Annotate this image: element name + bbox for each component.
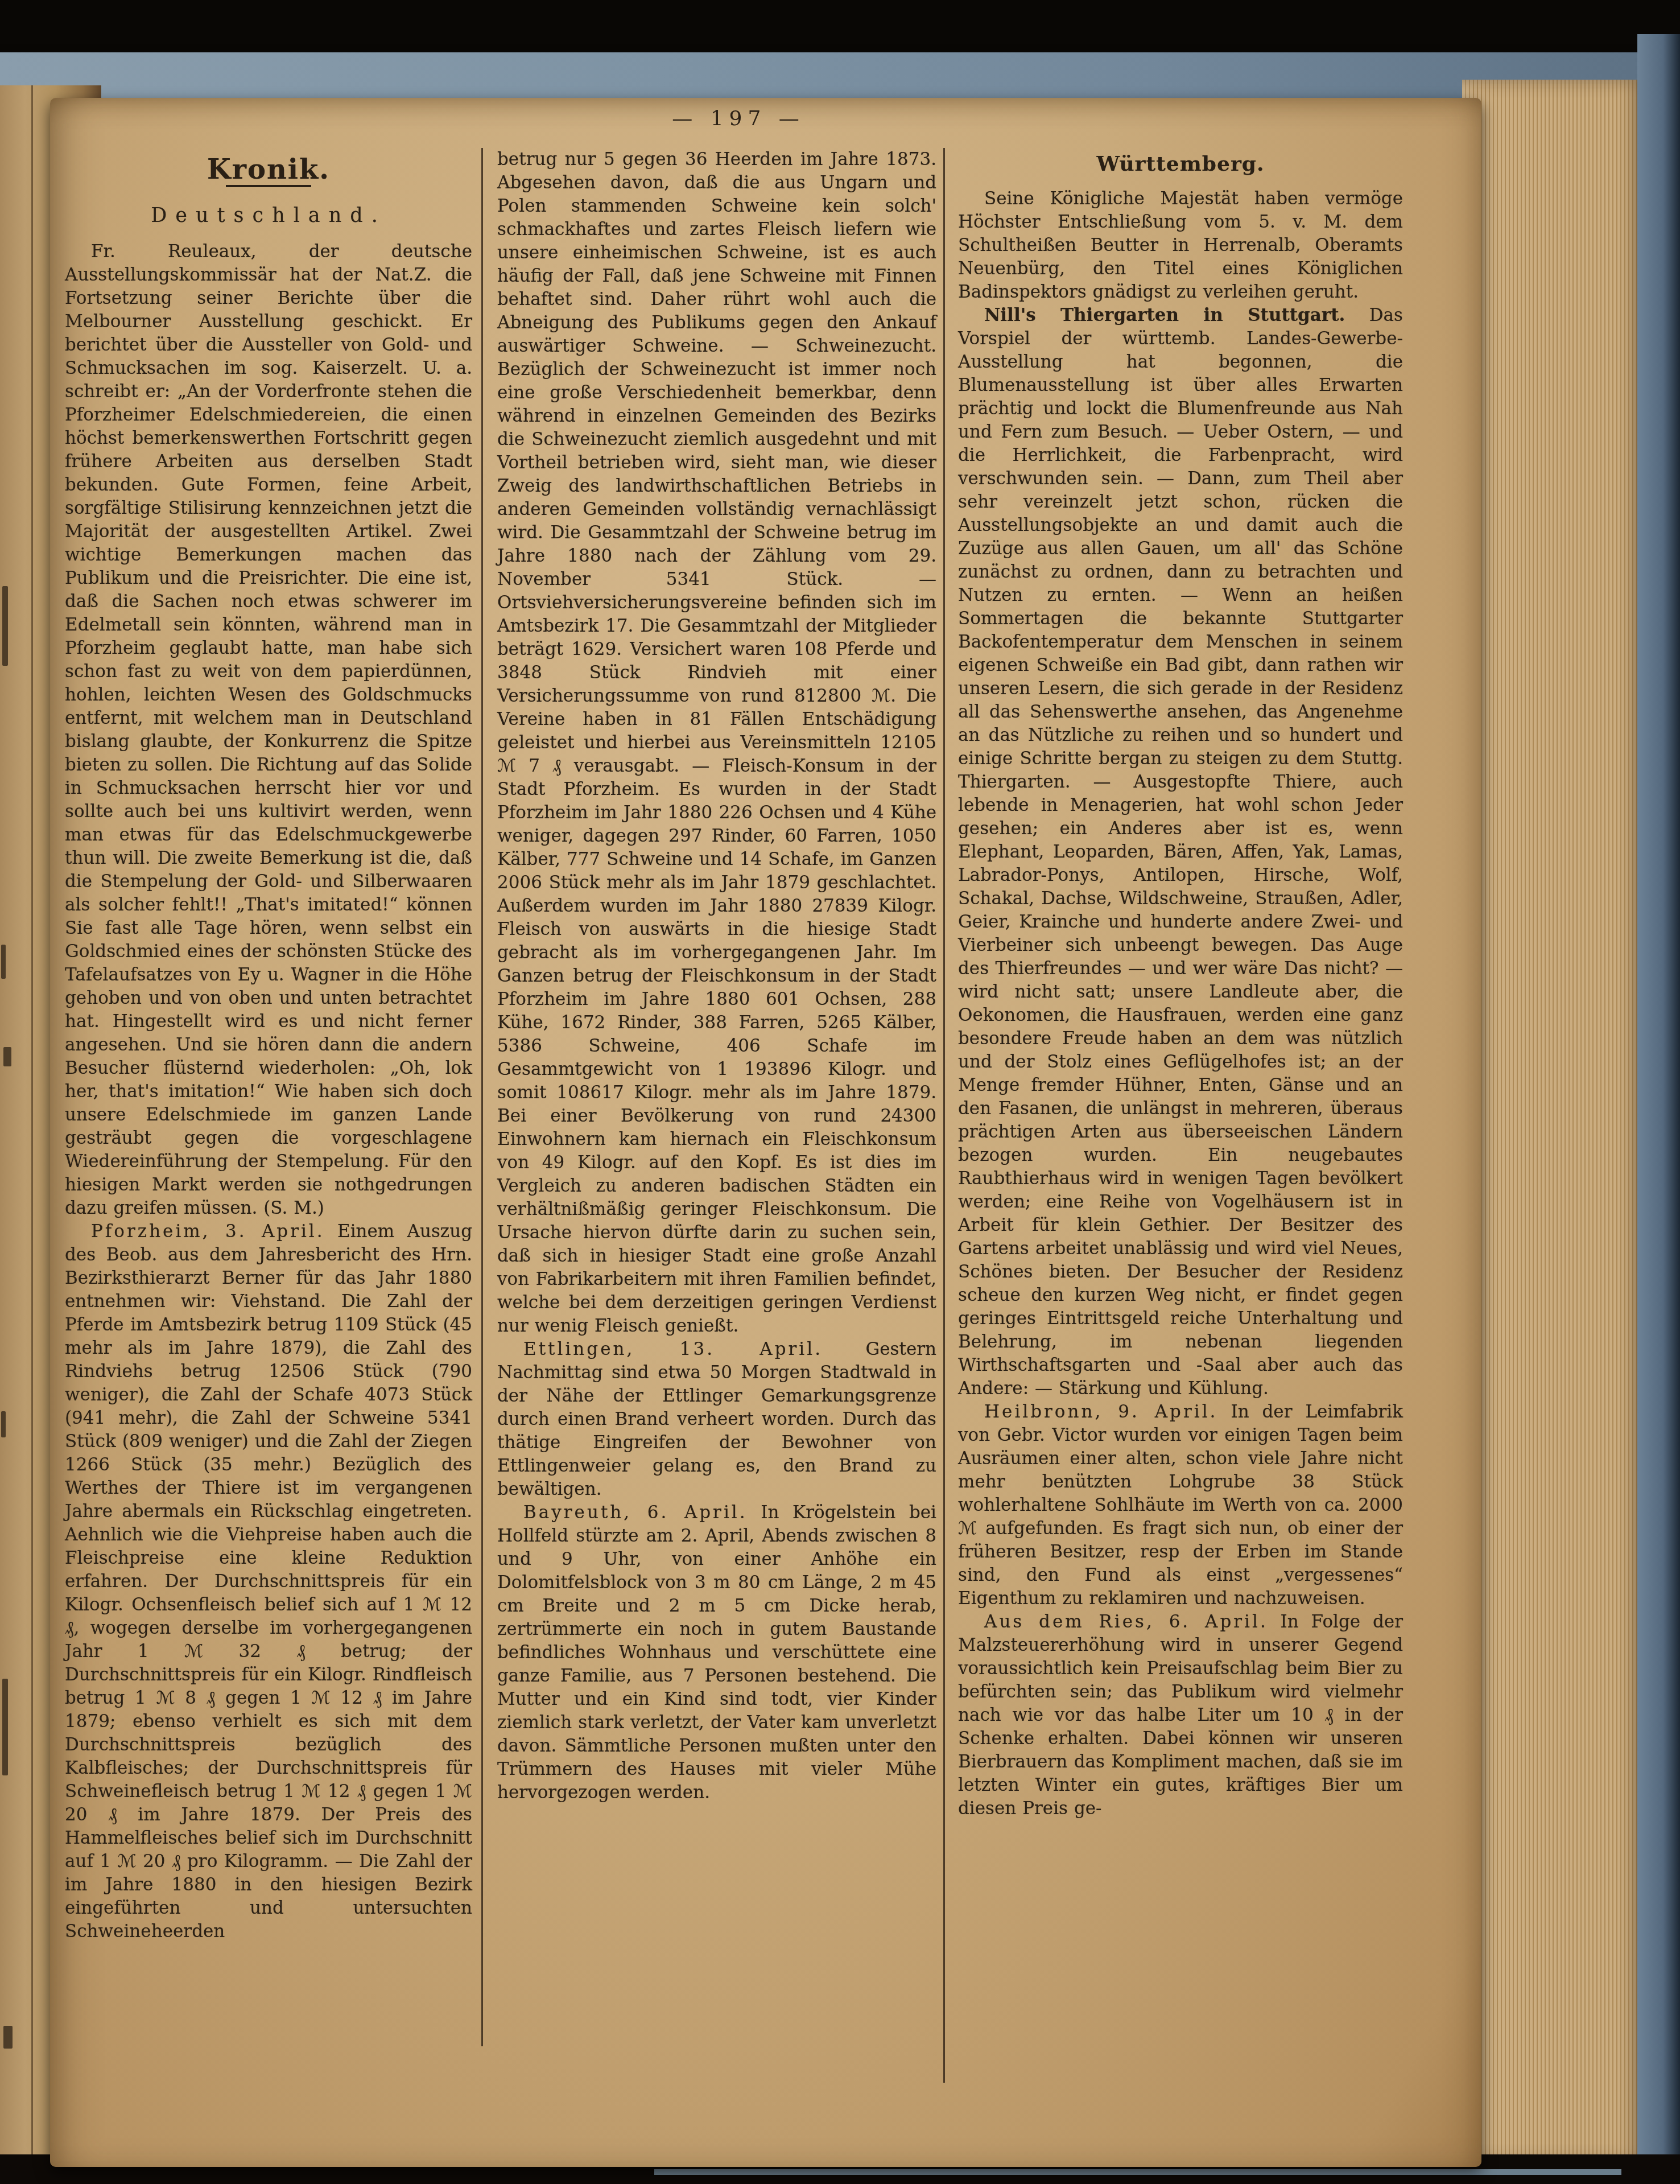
book-cover-edge-right [1637, 34, 1680, 2184]
article-paragraph: Ettlingen, 13. April. Gestern Nachmittag… [497, 1338, 936, 1501]
book-cover-edge-bottom [654, 2169, 1621, 2175]
paragraph-text: Gestern Nachmittag sind etwa 50 Morgen S… [497, 1339, 936, 1499]
paragraph-text: In Folge der Malzsteuererhöhung wird in … [958, 1612, 1403, 1819]
article-paragraph: Pforzheim, 3. April. Einem Auszug des Be… [65, 1220, 472, 1943]
edge-ink-fragment [1, 1411, 6, 1437]
edge-ink-fragment [3, 2026, 13, 2049]
scan-background-top [0, 0, 1680, 52]
newspaper-page: — 197 — Kronik. Deutschland. Fr. Reuleau… [50, 98, 1481, 2167]
paragraph-text: In Krögelstein bei Hollfeld stürzte am 2… [497, 1502, 936, 1803]
article-paragraph: Bayreuth, 6. April. In Krögelstein bei H… [497, 1501, 936, 1804]
article-paragraph: Fr. Reuleaux, der deutsche Ausstellungsk… [65, 240, 472, 1220]
dateline: Pforzheim, 3. April. [91, 1221, 325, 1242]
paragraph-text: In der Leimfabrik von Gebr. Victor wurde… [958, 1402, 1403, 1609]
region-heading: Württemberg. [958, 153, 1403, 176]
column-1: Kronik. Deutschland. Fr. Reuleaux, der d… [65, 158, 472, 1943]
column-divider-rule [481, 148, 483, 2046]
gutter-crease [31, 85, 33, 2184]
article-paragraph: Nill's Thiergarten in Stuttgart. Das Vor… [958, 304, 1403, 1400]
paragraph-text: Einem Auszug des Beob. aus dem Jahresber… [65, 1221, 472, 1942]
column-3: Württemberg. Seine Königliche Majestät h… [958, 153, 1403, 1820]
dateline: Ettlingen, 13. April. [523, 1339, 823, 1359]
article-paragraph: Seine Königliche Majestät haben vermöge … [958, 187, 1403, 304]
country-heading: Deutschland. [65, 204, 472, 228]
column-2: betrug nur 5 gegen 36 Heerden im Jahre 1… [497, 148, 936, 1804]
article-paragraph: Heilbronn, 9. April. In der Leimfabrik v… [958, 1400, 1403, 1610]
article-lead: Nill's Thiergarten in Stuttgart. [984, 305, 1345, 325]
edge-ink-fragment [1, 945, 6, 979]
column-divider-rule [943, 148, 945, 2083]
edge-ink-fragment [2, 1679, 8, 1775]
paragraph-text: Das Vorspiel der württemb. Landes-Gewerb… [958, 305, 1403, 1399]
page-number: — 197 — [568, 107, 909, 130]
paragraph-text: Fr. Reuleaux, der deutsche Ausstellungsk… [65, 241, 472, 1218]
dateline: Bayreuth, 6. April. [523, 1502, 748, 1523]
edge-ink-fragment [2, 586, 8, 666]
dateline: Aus dem Ries, 6. April. [984, 1612, 1268, 1632]
dateline: Heilbronn, 9. April. [984, 1402, 1217, 1422]
edge-ink-fragment [3, 1047, 11, 1066]
section-title: Kronik. [65, 158, 472, 182]
paragraph-text: betrug nur 5 gegen 36 Heerden im Jahre 1… [497, 149, 936, 1336]
article-paragraph: Aus dem Ries, 6. April. In Folge der Mal… [958, 1610, 1403, 1820]
scanned-book-page: — 197 — Kronik. Deutschland. Fr. Reuleau… [0, 0, 1680, 2184]
article-paragraph: betrug nur 5 gegen 36 Heerden im Jahre 1… [497, 148, 936, 1338]
page-stack-edge [1462, 80, 1645, 2162]
paragraph-text: Seine Königliche Majestät haben vermöge … [958, 188, 1403, 302]
